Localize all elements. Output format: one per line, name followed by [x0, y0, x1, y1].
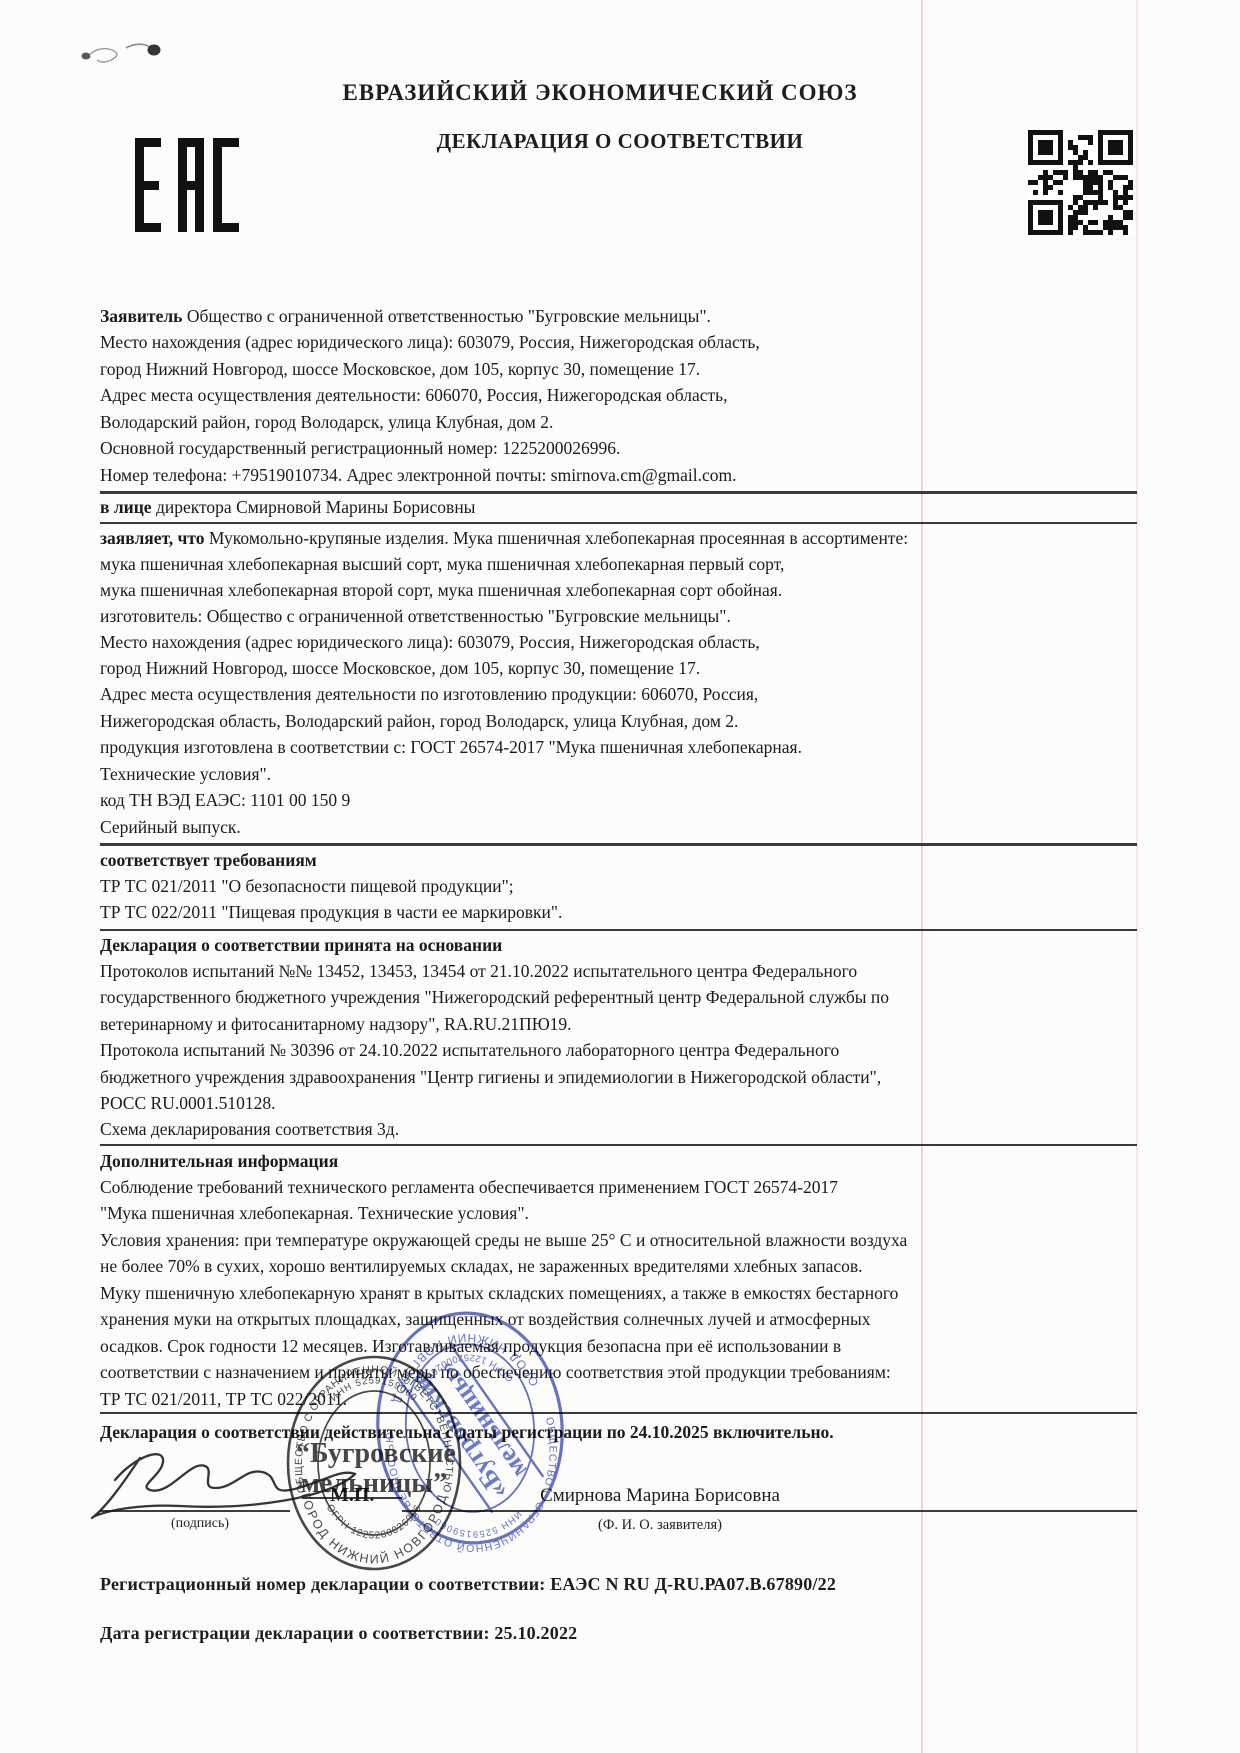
svg-text:ГОРОД НИЖНИЙ НОВГОРОД: ГОРОД НИЖНИЙ НОВГОРОД	[298, 1491, 450, 1566]
black-stamp: ОБЩЕСТВО С ОГРАНИЧЕННОЙ ОТВЕТСТВЕННОСТЬЮ…	[288, 1357, 460, 1569]
doc-line: Протоколов испытаний №№ 13452, 13453, 13…	[100, 960, 1150, 983]
doc-line: город Нижний Новгород, шоссе Московское,…	[100, 358, 1150, 381]
doc-line: изготовитель: Общество с ограниченной от…	[100, 605, 1150, 628]
doc-line: Серийный выпуск.	[100, 816, 1150, 839]
declaration-document: ЕВРАЗИЙСКИЙ ЭКОНОМИЧЕСКИЙ СОЮЗ ДЕКЛАРАЦИ…	[0, 0, 1240, 1753]
doc-line: Нижегородская область, Володарский район…	[100, 710, 1150, 733]
doc-line: Адрес места осуществления деятельности: …	[100, 384, 1150, 407]
divider	[100, 929, 1137, 931]
doc-line: Дополнительная информация	[100, 1150, 1150, 1173]
doc-line: заявляет, что Мукомольно-крупяные издели…	[100, 527, 1150, 550]
doc-line: Технические условия".	[100, 763, 1150, 786]
divider	[100, 1144, 1137, 1146]
doc-line: мука пшеничная хлебопекарная второй сорт…	[100, 579, 1150, 602]
ink-smudge	[68, 32, 188, 82]
black-stamp-ring-text: ГОРОД НИЖНИЙ НОВГОРОД	[298, 1491, 450, 1566]
black-stamp-center-text: мельницы”	[301, 1468, 447, 1499]
doc-line: соответствует требованиям	[100, 849, 1150, 872]
doc-line: ТР ТС 021/2011 "О безопасности пищевой п…	[100, 875, 1150, 898]
doc-line: государственного бюджетного учреждения "…	[100, 986, 1150, 1009]
divider	[100, 491, 1137, 494]
doc-line: Заявитель Общество с ограниченной ответс…	[100, 305, 1150, 328]
registration-number: Регистрационный номер декларации о соотв…	[100, 1574, 836, 1595]
doc-line: РОСС RU.0001.510128.	[100, 1092, 1150, 1115]
doc-line: Место нахождения (адрес юридического лиц…	[100, 631, 1150, 654]
doc-line: ветеринарному и фитосанитарному надзору"…	[100, 1013, 1150, 1036]
doc-line: продукция изготовлена в соответствии с: …	[100, 736, 1150, 759]
doc-line: город Нижний Новгород, шоссе Московское,…	[100, 657, 1150, 680]
doc-line: в лице директора Смирновой Марины Борисо…	[100, 496, 1150, 519]
doc-line: Условия хранения: при температуре окружа…	[100, 1229, 1150, 1252]
doc-line: Место нахождения (адрес юридического лиц…	[100, 331, 1150, 354]
doc-line: бюджетного учреждения здравоохранения "Ц…	[100, 1066, 1150, 1089]
union-title: ЕВРАЗИЙСКИЙ ЭКОНОМИЧЕСКИЙ СОЮЗ	[0, 80, 1200, 106]
doc-line: Володарский район, город Володарск, улиц…	[100, 411, 1150, 434]
page-title: ДЕКЛАРАЦИЯ О СООТВЕТСТВИИ	[0, 129, 1240, 154]
doc-line: мука пшеничная хлебопекарная высший сорт…	[100, 553, 1150, 576]
divider	[100, 522, 1137, 524]
doc-line: Протокола испытаний № 30396 от 24.10.202…	[100, 1039, 1150, 1062]
doc-line: Декларация о соответствии принята на осн…	[100, 934, 1150, 957]
doc-line: код ТН ВЭД ЕАЭС: 1101 00 150 9	[100, 789, 1150, 812]
divider	[100, 843, 1137, 846]
registration-date: Дата регистрации декларации о соответств…	[100, 1623, 577, 1644]
doc-line: Схема декларирования соответствия 3д.	[100, 1118, 1150, 1141]
doc-line: "Мука пшеничная хлебопекарная. Техническ…	[100, 1202, 1150, 1225]
doc-line: Адрес места осуществления деятельности п…	[100, 683, 1150, 706]
doc-line: Номер телефона: +79519010734. Адрес элек…	[100, 464, 1150, 487]
doc-line: Соблюдение требований технического регла…	[100, 1176, 1150, 1199]
doc-line: ТР ТС 022/2011 "Пищевая продукция в част…	[100, 901, 1150, 924]
doc-line: Основной государственный регистрационный…	[100, 437, 1150, 460]
black-stamp-center-text: “Бугровские	[296, 1438, 456, 1469]
